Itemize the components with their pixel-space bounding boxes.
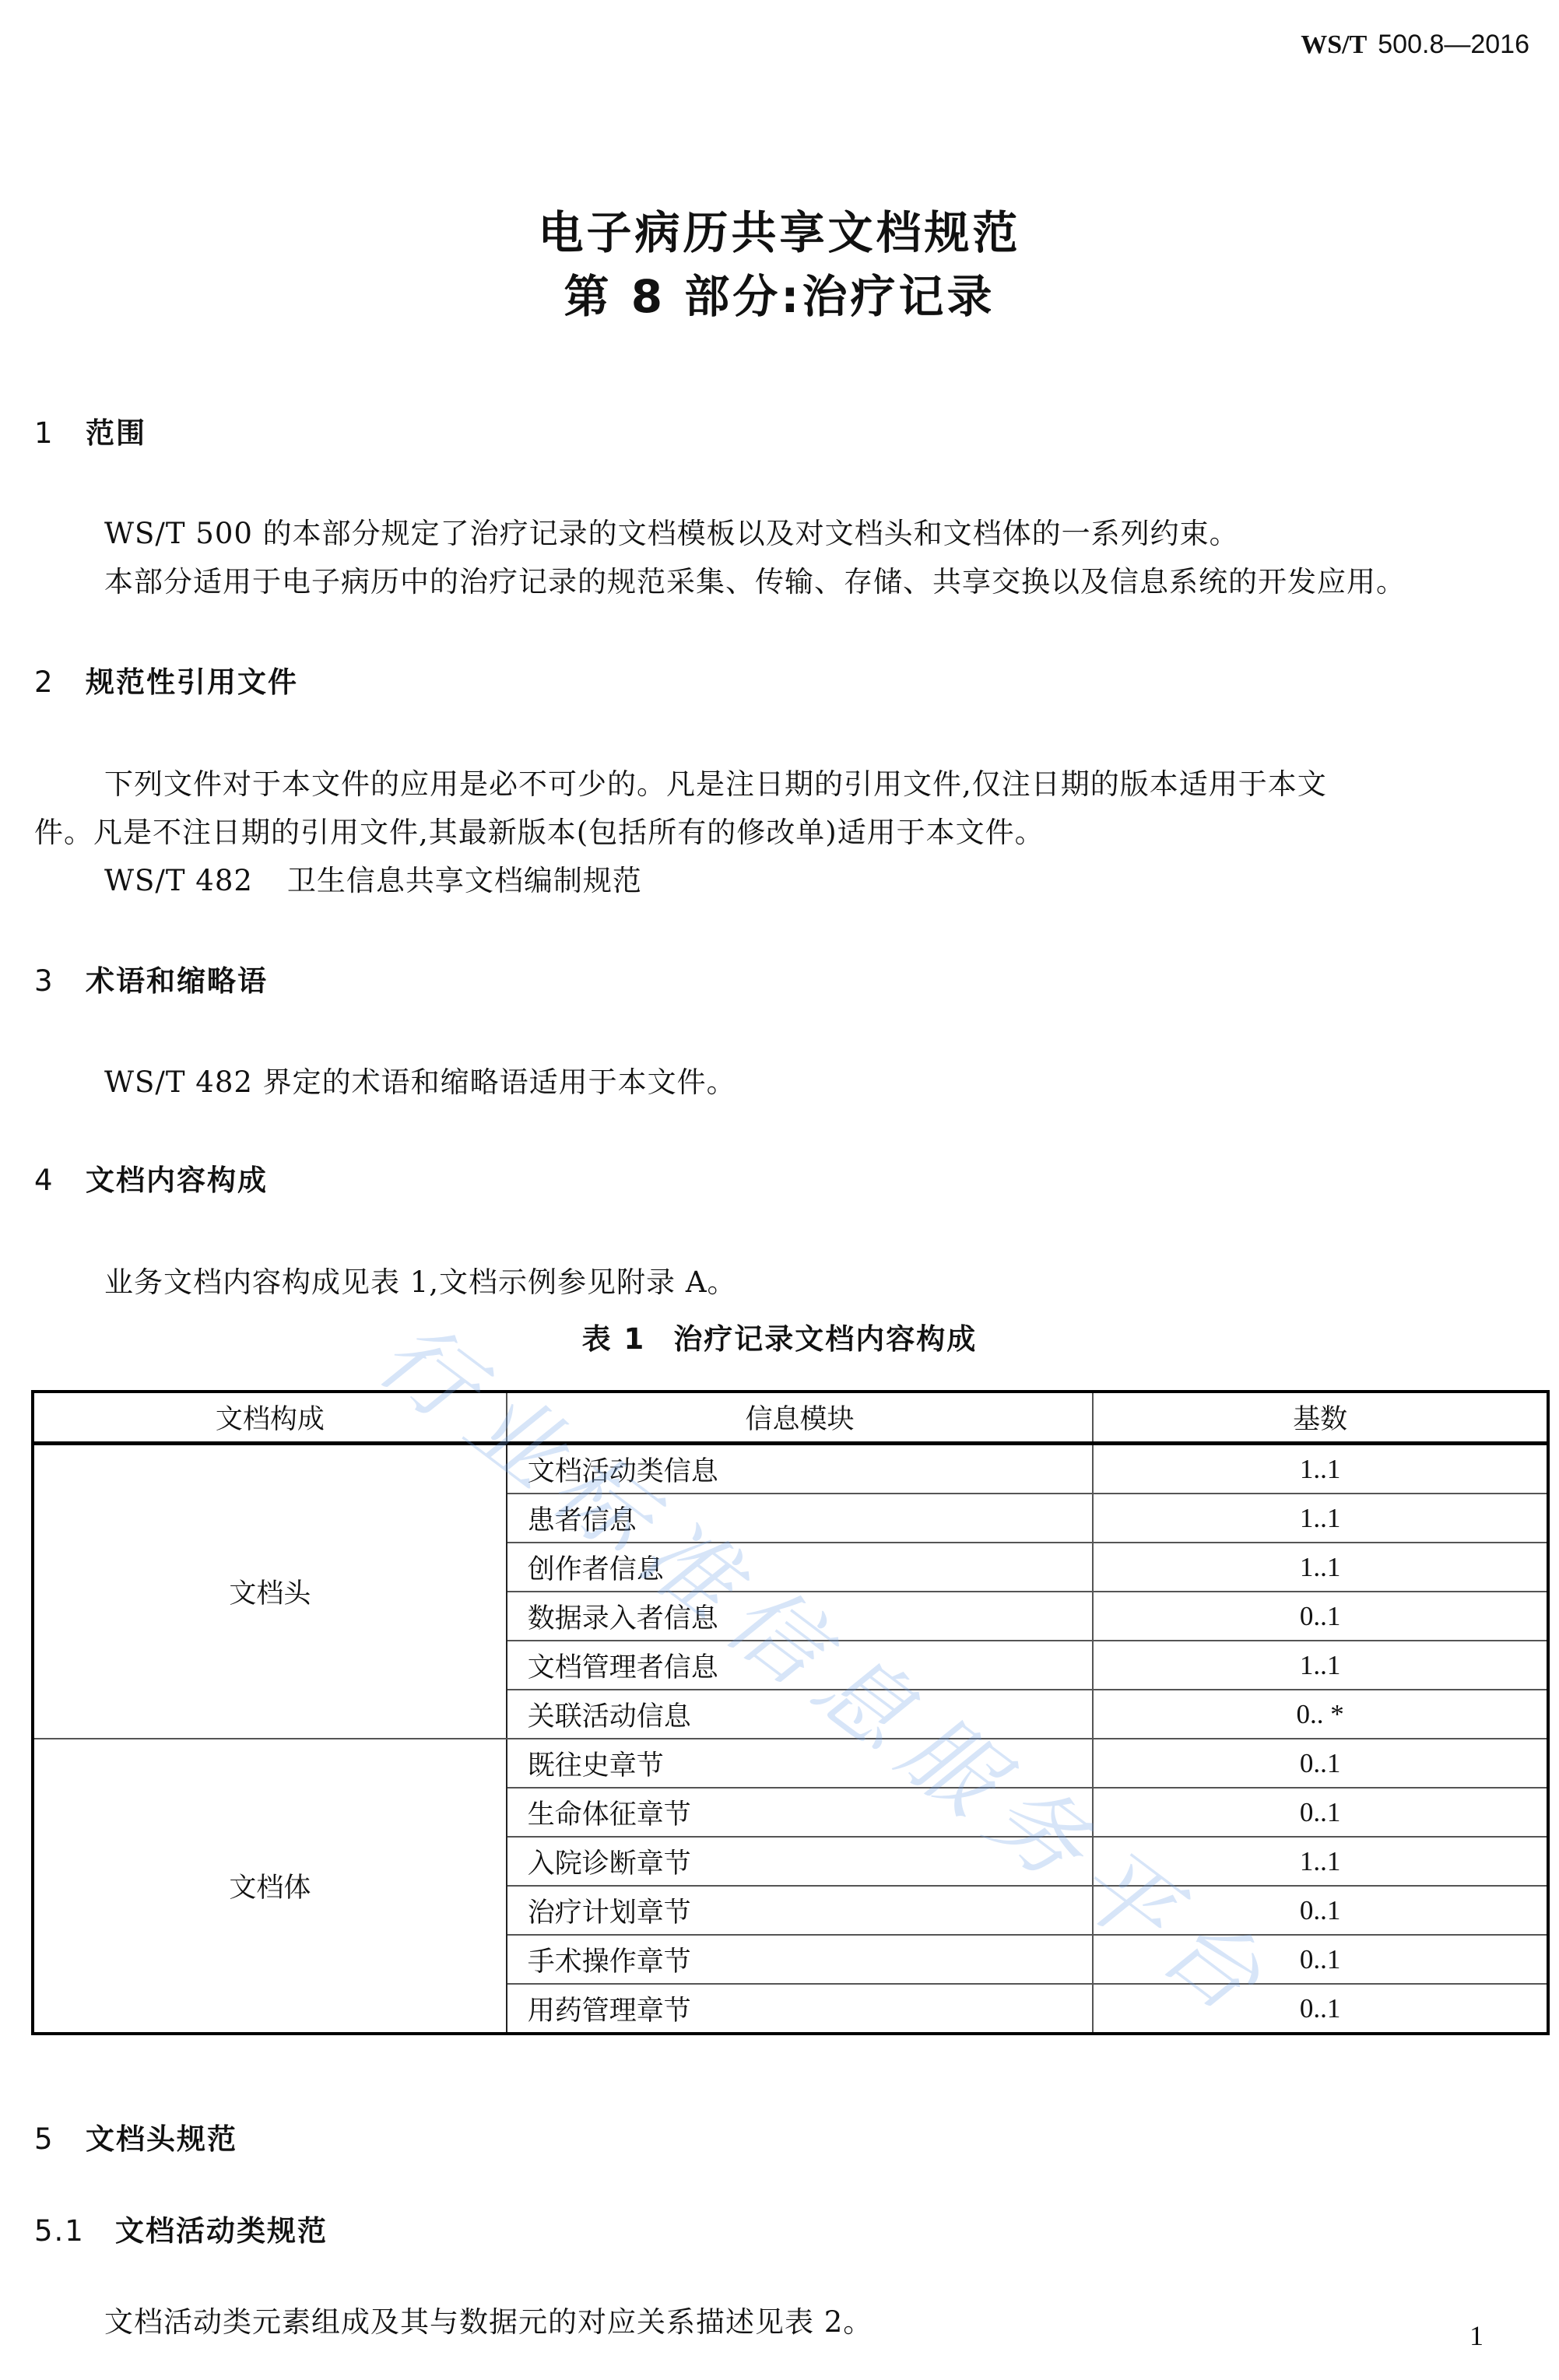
table-number: 表 1 <box>582 1322 646 1356</box>
table-row: 文档头 文档活动类信息 1..1 <box>33 1444 1548 1494</box>
module-cell: 生命体征章节 <box>507 1788 1093 1837</box>
module-cell: 患者信息 <box>507 1494 1093 1543</box>
table-title: 治疗记录文档内容构成 <box>673 1322 977 1356</box>
module-cell: 治疗计划章节 <box>507 1886 1093 1935</box>
module-cell: 关联活动信息 <box>507 1690 1093 1739</box>
cardinality-cell: 1..1 <box>1093 1543 1548 1592</box>
section-title: 规范性引用文件 <box>86 665 298 699</box>
module-cell: 既往史章节 <box>507 1739 1093 1788</box>
section-title: 术语和缩略语 <box>86 964 268 998</box>
section-heading-5: 5文档头规范 <box>34 2115 237 2157</box>
cardinality-cell: 0..1 <box>1093 1592 1548 1641</box>
paragraph: 文档活动类元素组成及其与数据元的对应关系描述见表 2。 <box>104 2298 873 2340</box>
document-title-line1: 电子病历共享文档规范 <box>0 196 1559 262</box>
section-number: 5 <box>34 2122 86 2156</box>
cardinality-cell: 1..1 <box>1093 1494 1548 1543</box>
cardinality-cell: 0..1 <box>1093 1788 1548 1837</box>
reference-title: 卫生信息共享文档编制规范 <box>287 864 642 897</box>
page-number: 1 <box>1469 2319 1484 2352</box>
subsection-heading-5-1: 5.1文档活动类规范 <box>34 2207 328 2249</box>
table-caption: 表 1治疗记录文档内容构成 <box>0 1315 1559 1357</box>
table-header-row: 文档构成 信息模块 基数 <box>33 1392 1548 1444</box>
section-heading-2: 2规范性引用文件 <box>34 658 298 700</box>
subsection-number: 5.1 <box>34 2214 115 2248</box>
paragraph: 业务文档内容构成见表 1,文档示例参见附录 A。 <box>104 1258 737 1301</box>
group-cell-header: 文档头 <box>33 1444 507 1739</box>
cardinality-cell: 0..1 <box>1093 1984 1548 2034</box>
standard-number: 500.8—2016 <box>1378 30 1529 59</box>
module-cell: 数据录入者信息 <box>507 1592 1093 1641</box>
table-row: 文档体 既往史章节 0..1 <box>33 1739 1548 1788</box>
cardinality-cell: 0..1 <box>1093 1935 1548 1984</box>
section-number: 4 <box>34 1164 86 1197</box>
cardinality-cell: 0.. * <box>1093 1690 1548 1739</box>
module-cell: 手术操作章节 <box>507 1935 1093 1984</box>
section-number: 1 <box>34 416 86 450</box>
reference-code: WS/T 482 <box>104 864 253 897</box>
content-composition-table: 文档构成 信息模块 基数 文档头 文档活动类信息 1..1 患者信息 1..1 … <box>31 1390 1550 2035</box>
module-cell: 入院诊断章节 <box>507 1837 1093 1886</box>
column-header-cardinality: 基数 <box>1093 1392 1548 1444</box>
cardinality-cell: 0..1 <box>1093 1739 1548 1788</box>
paragraph: 下列文件对于本文件的应用是必不可少的。凡是注日期的引用文件,仅注日期的版本适用于… <box>104 760 1327 802</box>
section-number: 3 <box>34 964 86 998</box>
paragraph: 件。凡是不注日期的引用文件,其最新版本(包括所有的修改单)适用于本文件。 <box>34 809 1045 851</box>
subsection-title: 文档活动类规范 <box>115 2214 328 2248</box>
paragraph: WS/T 482 界定的术语和缩略语适用于本文件。 <box>104 1058 736 1100</box>
standard-code: WS/T500.8—2016 <box>1301 30 1529 60</box>
column-header-composition: 文档构成 <box>33 1392 507 1444</box>
cardinality-cell: 0..1 <box>1093 1886 1548 1935</box>
module-cell: 文档管理者信息 <box>507 1641 1093 1690</box>
cardinality-cell: 1..1 <box>1093 1444 1548 1494</box>
paragraph: WS/T 500 的本部分规定了治疗记录的文档模板以及对文档头和文档体的一系列约… <box>104 510 1239 552</box>
reference-item: WS/T 482卫生信息共享文档编制规范 <box>104 857 642 899</box>
section-heading-1: 1范围 <box>34 409 146 451</box>
paragraph: 本部分适用于电子病历中的治疗记录的规范采集、传输、存储、共享交换以及信息系统的开… <box>104 558 1406 600</box>
section-title: 文档内容构成 <box>86 1164 268 1197</box>
document-title-line2: 第 8 部分:治疗记录 <box>0 260 1559 325</box>
module-cell: 用药管理章节 <box>507 1984 1093 2034</box>
section-heading-4: 4文档内容构成 <box>34 1157 268 1199</box>
module-cell: 文档活动类信息 <box>507 1444 1093 1494</box>
section-title: 范围 <box>86 416 146 450</box>
cardinality-cell: 1..1 <box>1093 1837 1548 1886</box>
cardinality-cell: 1..1 <box>1093 1641 1548 1690</box>
section-title: 文档头规范 <box>86 2122 237 2156</box>
section-number: 2 <box>34 665 86 699</box>
group-cell-body: 文档体 <box>33 1739 507 2034</box>
standard-prefix: WS/T <box>1301 30 1367 59</box>
module-cell: 创作者信息 <box>507 1543 1093 1592</box>
section-heading-3: 3术语和缩略语 <box>34 957 268 999</box>
column-header-module: 信息模块 <box>507 1392 1093 1444</box>
